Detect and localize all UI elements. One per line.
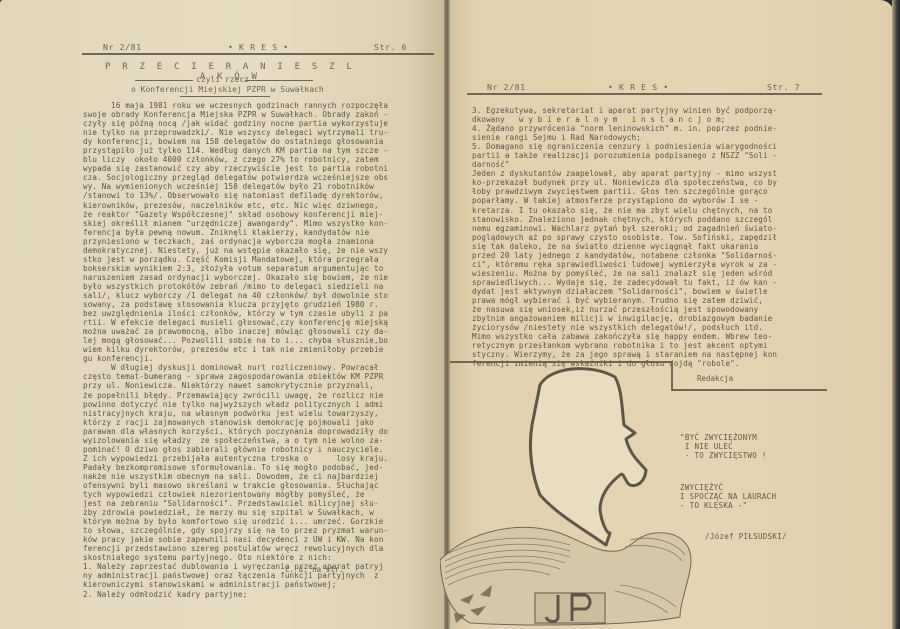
text-line: jest na zebraniu "Solidarności". Przedst… bbox=[83, 499, 388, 508]
text-line: blu liczy około 4000 członków, z czego 2… bbox=[83, 155, 388, 164]
text-line: 16 maja 1981 roku we wczesnych godzinach… bbox=[83, 101, 388, 110]
text-line: bokserskim wynikiem 2:3, złożyła votum s… bbox=[83, 264, 388, 273]
subtitle-rule-right bbox=[245, 80, 313, 81]
left-page-number: Str. 6 bbox=[374, 42, 407, 52]
right-issue-number: Nr 2/81 bbox=[487, 82, 526, 92]
continued-note: c. d. na str. bbox=[285, 565, 344, 574]
text-line: nistracyjnych kraju, na własnym podwórku… bbox=[83, 409, 388, 418]
text-line: Z ich wypowiedzi przebijała autentyczna … bbox=[83, 454, 388, 463]
text-line: partii a także realizacji porozumienia p… bbox=[472, 151, 777, 160]
text-line: żby zdrowia powiedział, że marzy mu się … bbox=[83, 508, 388, 517]
text-line: że nasuwa się wniosek,iż nurzać przeszło… bbox=[472, 305, 777, 314]
text-line: retycznym przesłankom wybrano robotnika … bbox=[472, 341, 777, 350]
text-line: ZWYCIĘŻYĆ bbox=[680, 483, 787, 492]
text-line: przystąpiło już tylko 114. Według danych… bbox=[83, 146, 388, 155]
text-line: W długiej dyskusji dominował nurt rozlic… bbox=[83, 363, 388, 372]
text-line: stko jest w porządku. Część Komisji Mand… bbox=[83, 255, 388, 264]
text-line: poparłamy. W takiej atmosferze przystąpi… bbox=[472, 196, 777, 205]
text-line: gu konferencji. bbox=[83, 354, 388, 363]
text-line: swoje obrady Konferencja Miejska PZPR w … bbox=[83, 110, 388, 119]
text-line: rtii. W efekcie delegaci musieli głosowa… bbox=[83, 318, 388, 327]
text-line: było wszystkich protokółów zebrań /mimo … bbox=[83, 282, 388, 291]
left-issue-number: Nr 2/81 bbox=[103, 42, 142, 52]
left-header-rule bbox=[82, 53, 434, 55]
text-line: wy. Na wymienionych wcześniej 158 delega… bbox=[83, 182, 388, 191]
right-masthead: • K R E S • bbox=[608, 82, 669, 92]
text-line: - TO KLĘSKA -" bbox=[680, 501, 787, 510]
text-line: poglądowych aż po sprawy czysto osobiste… bbox=[472, 233, 777, 242]
text-line: nie tylko na przeprowadzki/. Nie wszyscy… bbox=[83, 128, 388, 137]
text-line: tych wypowiedzi człowiek niezorientowany… bbox=[83, 490, 388, 499]
text-line: skostniałego systemu partyjnego. Oto nie… bbox=[83, 553, 388, 562]
text-line: demokratycznej. Niestety, już na wstępie… bbox=[83, 246, 388, 255]
text-line: dy konferencji, bowiem na 158 delegatów … bbox=[83, 137, 388, 146]
text-line: lej mogą głosować... Pozwolili sobie na … bbox=[83, 336, 388, 345]
text-line: łoby prawdziwym zwycięstwem partii. Głos… bbox=[472, 187, 777, 196]
text-line: 5. Domagano się ograniczenia cenzury i p… bbox=[472, 142, 777, 151]
text-line: powinno dotyczyć nie tylko najwyższych w… bbox=[83, 400, 388, 409]
text-line: można uważać za prawomocną, albo inaczej… bbox=[83, 327, 388, 336]
text-line: "BYĆ ZWYCIĘŻONYM bbox=[680, 433, 787, 442]
right-article-body: 3. Egzekutywa, sekretariat i aparat part… bbox=[472, 106, 777, 368]
text-line: sienie rangi Sejmu i Rad Narodowych; bbox=[472, 133, 777, 142]
text-line: naruszeniem zasad ordynacji wyborczej. O… bbox=[83, 273, 388, 282]
text-line: ferencja była pewną nowum. Zniknęli klak… bbox=[83, 228, 388, 237]
text-line: 2. Należy odmłodzić kadry partyjne; bbox=[83, 590, 388, 599]
left-masthead: • K R E S • bbox=[228, 42, 289, 52]
text-line: Mimo wszystko cała zabawa zakończyła się… bbox=[472, 332, 777, 341]
text-line: często temat-bumerang - sprawa zagospoda… bbox=[83, 372, 388, 381]
text-line: że popełnili błędy. Przemawiający zwróci… bbox=[83, 391, 388, 400]
text-line: Padały bezkompromisowe sformułowania. To… bbox=[83, 463, 388, 472]
text-line: pominać! O dziwo głos zabierali głównie … bbox=[83, 445, 388, 454]
quote-author: /Józef PIŁSUDSKI/ bbox=[705, 532, 787, 541]
text-line: zbytnim angażowaniem milicji w inwigilac… bbox=[472, 314, 777, 323]
text-line: dydat jest aktywnym działaczem "Solidarn… bbox=[472, 287, 777, 296]
text-line: /stanowi to 13%/. Obserwowało się natomi… bbox=[83, 191, 388, 200]
text-line: przyniesiono w teczkach, zaś ordynacja w… bbox=[83, 237, 388, 246]
text-line: stanowisko. Znaleziono jednak chętnych, … bbox=[472, 215, 777, 224]
article-subtitle-1: czyli rzecz bbox=[196, 75, 249, 84]
text-line: wypada się zastanowić czy aby rzeczywiśc… bbox=[83, 164, 388, 173]
text-line: czyły się późną nocą /jak widać godziny … bbox=[83, 119, 388, 128]
text-line: sowany, za podstawę stosowania klucza pr… bbox=[83, 300, 388, 309]
text-line: wyizolowania się władzy ze społeczeństwa… bbox=[83, 436, 388, 445]
text-line: kretarza. I tu okazało się, że nie ma zb… bbox=[472, 206, 777, 215]
article-subtitle-2: o Konferencji Miejskiej PZPR w Suwałkach bbox=[131, 85, 324, 94]
jp-monogram bbox=[535, 593, 605, 623]
text-line: kierowników, prezesów, naczelników etc, … bbox=[83, 201, 388, 210]
text-line: ferencji przedstawiono szereg postulatów… bbox=[83, 544, 388, 553]
text-line: darność" bbox=[472, 160, 777, 169]
text-line: 3. Egzekutywa, sekretariat i aparat part… bbox=[472, 106, 777, 115]
text-line: ofensywni byli masowo skreślani w trakci… bbox=[83, 481, 388, 490]
text-line: nemu egzaminowi. Wachlarz pytań był szer… bbox=[472, 224, 777, 233]
text-line: sprawiedliwych... Wydaje się, że zadecyd… bbox=[472, 278, 777, 287]
right-page-number: Str. 7 bbox=[767, 82, 800, 92]
text-line: przy ul. Noniewicza. Niektórzy nawet sam… bbox=[83, 381, 388, 390]
text-line: 4. Żądano przywrócenia "norm leninowskic… bbox=[472, 124, 777, 133]
text-line: wieszeniu. Można by pomyśleć, że na sali… bbox=[472, 269, 777, 278]
text-line: sali/, klucz wyborczy /1 delegat na 40 c… bbox=[83, 291, 388, 300]
page-edge bbox=[892, 0, 900, 629]
text-line: ko-przekazał budynek przy ul. Noniewicza… bbox=[472, 178, 777, 187]
text-line: wiem kilku dyrektorów, prezesów etc i ta… bbox=[83, 345, 388, 354]
pilsudski-quote: "BYĆ ZWYCIĘŻONYM I NIE ULEC - TO ZWYCIĘS… bbox=[680, 415, 787, 550]
subtitle-rule-left bbox=[135, 80, 193, 81]
text-line: że reaktor "Gazety Współczesnej" skład o… bbox=[83, 210, 388, 219]
text-line: życiorysów /niestety nie wszystkich dele… bbox=[472, 323, 777, 332]
text-line: parawan dla własnych korzyści, których p… bbox=[83, 427, 388, 436]
text-line: I NIE ULEC bbox=[680, 442, 787, 451]
text-line: kierowniczymi stanowiskami w administrac… bbox=[83, 580, 388, 589]
text-line: to słowa, szczególnie, gdy spojrzy się n… bbox=[83, 526, 388, 535]
right-header-rule bbox=[467, 93, 822, 95]
text-line: Jeden z dyskutantów zaapelował, aby apar… bbox=[472, 169, 777, 178]
text-line: - TO ZWYCIĘSTWO ! bbox=[680, 451, 787, 460]
text-line: prawa mógł wybierać i być wybieranym. Tr… bbox=[472, 296, 777, 305]
text-line: którym można by było komfortowo się urod… bbox=[83, 517, 388, 526]
text-line: skiej określił mianem "urzędniczej awang… bbox=[83, 219, 388, 228]
text-line: się tak daleko, że na światło dzienne wy… bbox=[472, 242, 777, 251]
text-line: cza. Socjologiczny przegląd delegatów po… bbox=[83, 173, 388, 182]
text-line: I SPOCZĄĆ NA LAURACH bbox=[680, 492, 787, 501]
text-line: którzy z racji zajmowanych stanowisk dem… bbox=[83, 418, 388, 427]
text-line: przed 20 laty jednego z kandydatów, nota… bbox=[472, 251, 777, 260]
subtitle-underline bbox=[180, 96, 270, 97]
left-article-body: 16 maja 1981 roku we wczesnych godzinach… bbox=[83, 101, 388, 599]
text-line: bez uwzględnienia ilości członków, którz… bbox=[83, 309, 388, 318]
text-line: ci", któremu ręka sprawiedliwości ludowe… bbox=[472, 260, 777, 269]
text-line: ków pracy jakie sobie zapewnili nasi dec… bbox=[83, 535, 388, 544]
text-line: dkowany w y b i e r a l n y m i n s t a … bbox=[472, 115, 777, 124]
text-line: nakże nie wszystkim obecnym na sali. Dow… bbox=[83, 472, 388, 481]
portrait-illustration bbox=[440, 355, 710, 629]
